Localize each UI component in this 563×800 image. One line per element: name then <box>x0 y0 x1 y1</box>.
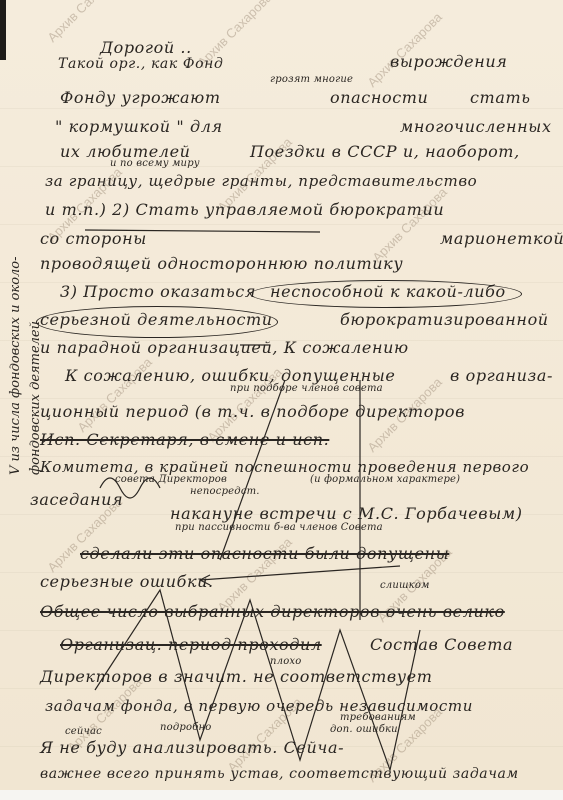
scan-border <box>0 790 563 800</box>
manuscript-page: Архив Сахарова Архив Сахарова Архив Саха… <box>0 0 563 790</box>
pen-strokes <box>0 0 563 790</box>
